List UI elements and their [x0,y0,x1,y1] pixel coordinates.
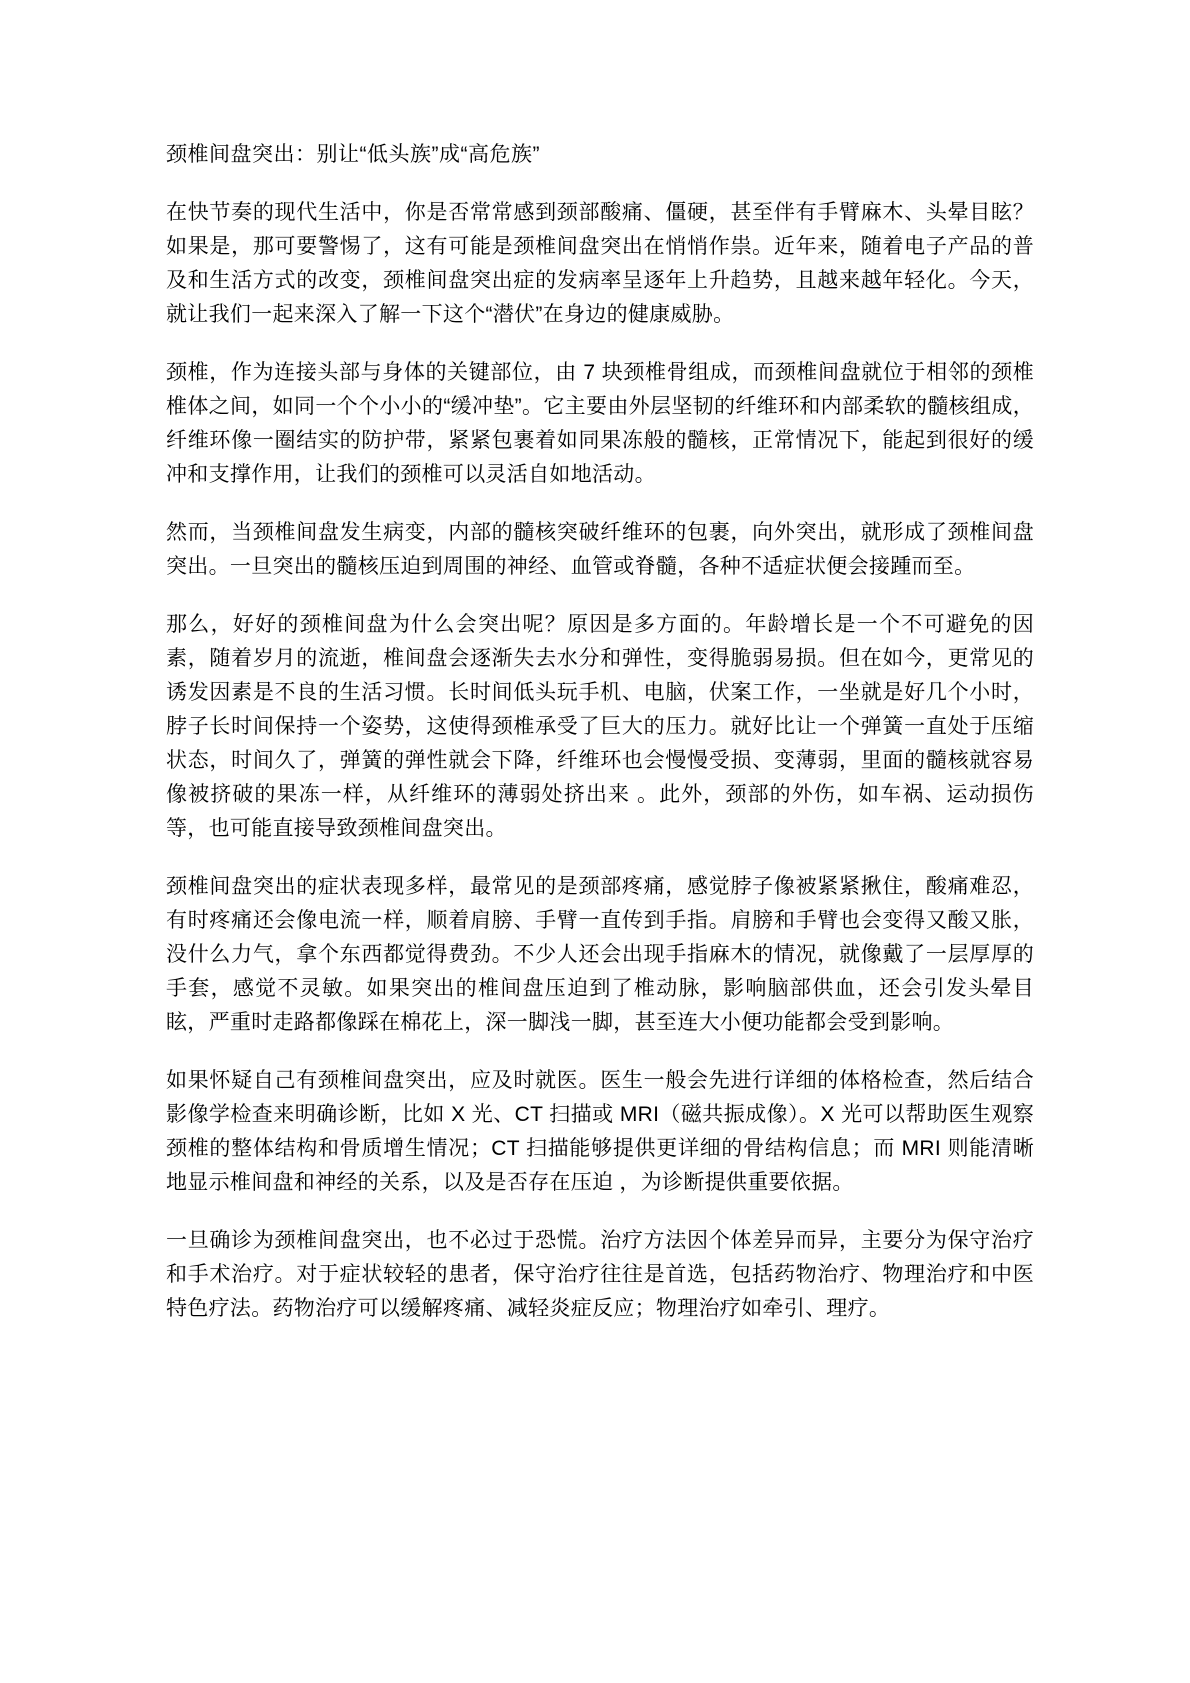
paragraph-causes: 那么，好好的颈椎间盘为什么会突出呢？原因是多方面的。年龄增长是一个不可避免的因素… [166,608,1034,846]
paragraph-intro: 在快节奏的现代生活中，你是否常常感到颈部酸痛、僵硬，甚至伴有手臂麻木、头晕目眩？… [166,196,1034,332]
paragraph-pathology: 然而，当颈椎间盘发生病变，内部的髓核突破纤维环的包裹，向外突出，就形成了颈椎间盘… [166,516,1034,584]
paragraph-treatment: 一旦确诊为颈椎间盘突出，也不必过于恐慌。治疗方法因个体差异而异，主要分为保守治疗… [166,1224,1034,1326]
paragraph-symptoms: 颈椎间盘突出的症状表现多样，最常见的是颈部疼痛，感觉脖子像被紧紧揪住，酸痛难忍，… [166,870,1034,1040]
document-page: 颈椎间盘突出：别让“低头族”成“高危族” 在快节奏的现代生活中，你是否常常感到颈… [0,0,1190,1683]
paragraph-diagnosis: 如果怀疑自己有颈椎间盘突出，应及时就医。医生一般会先进行详细的体格检查，然后结合… [166,1064,1034,1200]
document-title: 颈椎间盘突出：别让“低头族”成“高危族” [166,138,1034,172]
paragraph-anatomy: 颈椎，作为连接头部与身体的关键部位，由 7 块颈椎骨组成，而颈椎间盘就位于相邻的… [166,356,1034,492]
